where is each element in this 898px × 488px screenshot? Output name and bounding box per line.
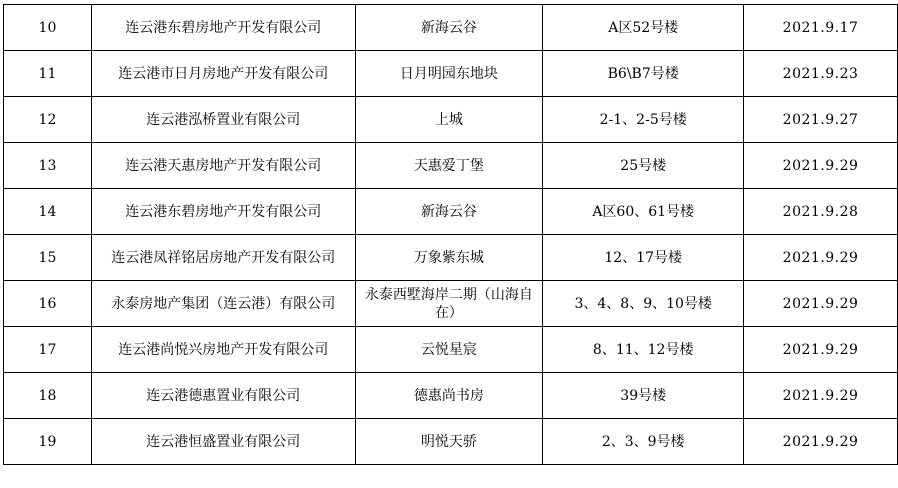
company-cell: 连云港泓桥置业有限公司 [91, 97, 355, 143]
buildings-cell: 3、4、8、9、10号楼 [543, 281, 744, 327]
company-cell: 连云港德惠置业有限公司 [91, 373, 355, 419]
date-cell: 2021.9.29 [744, 419, 898, 465]
row-number-cell: 15 [4, 235, 92, 281]
row-number-cell: 14 [4, 189, 92, 235]
table-row: 10 连云港东碧房地产开发有限公司 新海云谷 A区52号楼 2021.9.17 [4, 5, 898, 51]
project-cell: 天惠爱丁堡 [355, 143, 543, 189]
presale-permit-table-container: 10 连云港东碧房地产开发有限公司 新海云谷 A区52号楼 2021.9.17 … [3, 4, 898, 465]
project-cell: 新海云谷 [355, 5, 543, 51]
date-cell: 2021.9.28 [744, 189, 898, 235]
row-number-cell: 11 [4, 51, 92, 97]
table-row: 12 连云港泓桥置业有限公司 上城 2-1、2-5号楼 2021.9.27 [4, 97, 898, 143]
date-cell: 2021.9.23 [744, 51, 898, 97]
buildings-cell: 12、17号楼 [543, 235, 744, 281]
date-cell: 2021.9.17 [744, 5, 898, 51]
buildings-cell: A区52号楼 [543, 5, 744, 51]
company-cell: 连云港尚悦兴房地产开发有限公司 [91, 327, 355, 373]
project-cell: 云悦星宸 [355, 327, 543, 373]
company-cell: 连云港恒盛置业有限公司 [91, 419, 355, 465]
row-number-cell: 16 [4, 281, 92, 327]
table-row: 13 连云港天惠房地产开发有限公司 天惠爱丁堡 25号楼 2021.9.29 [4, 143, 898, 189]
project-cell: 上城 [355, 97, 543, 143]
row-number-cell: 13 [4, 143, 92, 189]
table-row: 11 连云港市日月房地产开发有限公司 日月明园东地块 B6\B7号楼 2021.… [4, 51, 898, 97]
table-row: 15 连云港凤祥铭居房地产开发有限公司 万象紫东城 12、17号楼 2021.9… [4, 235, 898, 281]
company-cell: 连云港东碧房地产开发有限公司 [91, 5, 355, 51]
project-cell: 万象紫东城 [355, 235, 543, 281]
company-cell: 连云港市日月房地产开发有限公司 [91, 51, 355, 97]
project-cell: 德惠尚书房 [355, 373, 543, 419]
date-cell: 2021.9.29 [744, 281, 898, 327]
table-row: 14 连云港东碧房地产开发有限公司 新海云谷 A区60、61号楼 2021.9.… [4, 189, 898, 235]
row-number-cell: 19 [4, 419, 92, 465]
date-cell: 2021.9.29 [744, 143, 898, 189]
date-cell: 2021.9.29 [744, 327, 898, 373]
presale-permit-table: 10 连云港东碧房地产开发有限公司 新海云谷 A区52号楼 2021.9.17 … [3, 4, 898, 465]
buildings-cell: B6\B7号楼 [543, 51, 744, 97]
table-row: 16 永泰房地产集团（连云港）有限公司 永泰西墅海岸二期（山海自在） 3、4、8… [4, 281, 898, 327]
buildings-cell: 2-1、2-5号楼 [543, 97, 744, 143]
date-cell: 2021.9.29 [744, 235, 898, 281]
company-cell: 连云港天惠房地产开发有限公司 [91, 143, 355, 189]
table-row: 18 连云港德惠置业有限公司 德惠尚书房 39号楼 2021.9.29 [4, 373, 898, 419]
row-number-cell: 17 [4, 327, 92, 373]
company-cell: 连云港东碧房地产开发有限公司 [91, 189, 355, 235]
buildings-cell: 2、3、9号楼 [543, 419, 744, 465]
date-cell: 2021.9.29 [744, 373, 898, 419]
date-cell: 2021.9.27 [744, 97, 898, 143]
buildings-cell: A区60、61号楼 [543, 189, 744, 235]
project-cell: 新海云谷 [355, 189, 543, 235]
table-row: 19 连云港恒盛置业有限公司 明悦天骄 2、3、9号楼 2021.9.29 [4, 419, 898, 465]
row-number-cell: 18 [4, 373, 92, 419]
row-number-cell: 10 [4, 5, 92, 51]
company-cell: 永泰房地产集团（连云港）有限公司 [91, 281, 355, 327]
project-cell: 日月明园东地块 [355, 51, 543, 97]
project-cell: 明悦天骄 [355, 419, 543, 465]
project-cell: 永泰西墅海岸二期（山海自在） [355, 281, 543, 327]
buildings-cell: 39号楼 [543, 373, 744, 419]
buildings-cell: 25号楼 [543, 143, 744, 189]
company-cell: 连云港凤祥铭居房地产开发有限公司 [91, 235, 355, 281]
row-number-cell: 12 [4, 97, 92, 143]
buildings-cell: 8、11、12号楼 [543, 327, 744, 373]
table-row: 17 连云港尚悦兴房地产开发有限公司 云悦星宸 8、11、12号楼 2021.9… [4, 327, 898, 373]
